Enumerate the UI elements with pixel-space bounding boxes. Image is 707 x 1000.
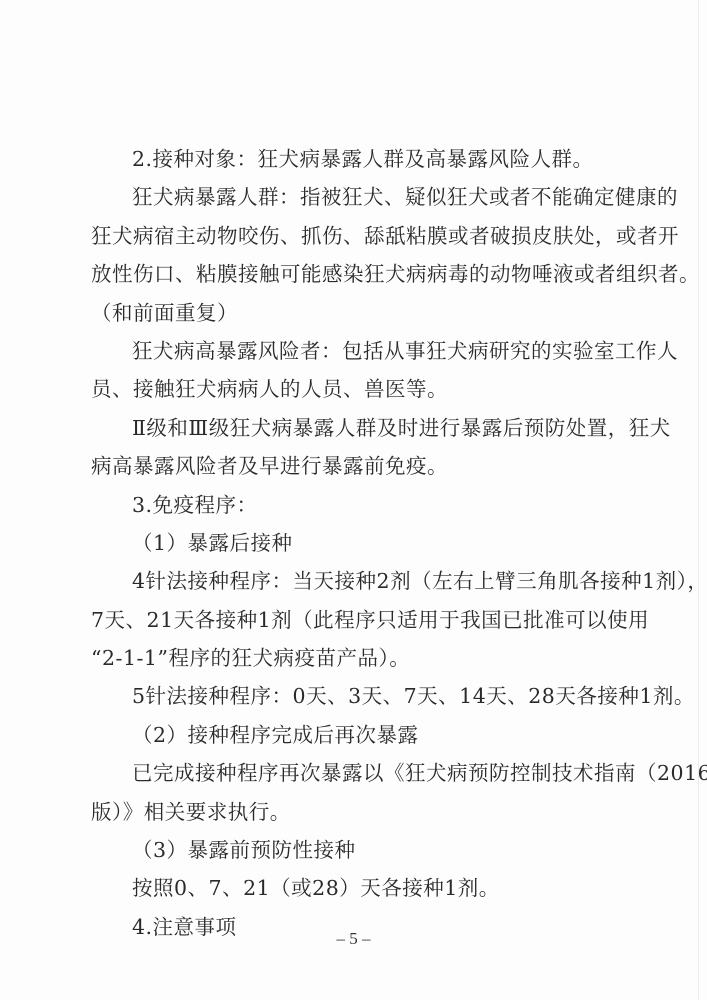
- paragraph-line: 病高暴露风险者及早进行暴露前免疫。: [91, 447, 619, 485]
- paragraph-pre-exposure-schedule: 按照0、7、21（或28）天各接种1剂。: [91, 869, 619, 907]
- document-page: 2.接种对象：狂犬病暴露人群及高暴露风险人群。 狂犬病暴露人群：指被狂犬、疑似狂…: [0, 0, 707, 1000]
- body-text: 2.接种对象：狂犬病暴露人群及高暴露风险人群。 狂犬病暴露人群：指被狂犬、疑似狂…: [91, 140, 619, 946]
- paragraph-line: 放性伤口、粘膜接触可能感染狂犬病病毒的动物唾液或者组织者。: [91, 255, 619, 293]
- paragraph-re-exposure: 已完成接种程序再次暴露以《狂犬病预防控制技术指南（2016: [91, 754, 619, 792]
- paragraph-exposed-population: 狂犬病暴露人群：指被狂犬、疑似狂犬或者不能确定健康的: [91, 178, 619, 216]
- subsection-heading-post-exposure: （1）暴露后接种: [91, 524, 619, 562]
- paragraph-note: （和前面重复）: [91, 294, 619, 332]
- page-number: – 5 –: [0, 929, 707, 949]
- page-edge-divider: [698, 0, 699, 1000]
- paragraph-exposure-grades: Ⅱ级和Ⅲ级狂犬病暴露人群及时进行暴露后预防处置，狂犬: [91, 409, 619, 447]
- paragraph-line: “2-1-1”程序的狂犬病疫苗产品）。: [91, 639, 619, 677]
- paragraph-5-dose-schedule: 5针法接种程序：0天、3天、7天、14天、28天各接种1剂。: [91, 677, 619, 715]
- paragraph-line: 员、接触狂犬病病人的人员、兽医等。: [91, 370, 619, 408]
- section-heading-vaccination-target: 2.接种对象：狂犬病暴露人群及高暴露风险人群。: [91, 140, 619, 178]
- section-heading-immunization-schedule: 3.免疫程序：: [91, 486, 619, 524]
- subsection-heading-pre-exposure: （3）暴露前预防性接种: [91, 831, 619, 869]
- paragraph-high-risk-population: 狂犬病高暴露风险者：包括从事狂犬病研究的实验室工作人: [91, 332, 619, 370]
- subsection-heading-re-exposure: （2）接种程序完成后再次暴露: [91, 716, 619, 754]
- paragraph-4-dose-schedule: 4针法接种程序：当天接种2剂（左右上臂三角肌各接种1剂），: [91, 562, 619, 600]
- paragraph-line: 狂犬病宿主动物咬伤、抓伤、舔舐粘膜或者破损皮肤处，或者开: [91, 217, 619, 255]
- paragraph-line: 版）》相关要求执行。: [91, 793, 619, 831]
- paragraph-line: 7天、21天各接种1剂（此程序只适用于我国已批准可以使用: [91, 601, 619, 639]
